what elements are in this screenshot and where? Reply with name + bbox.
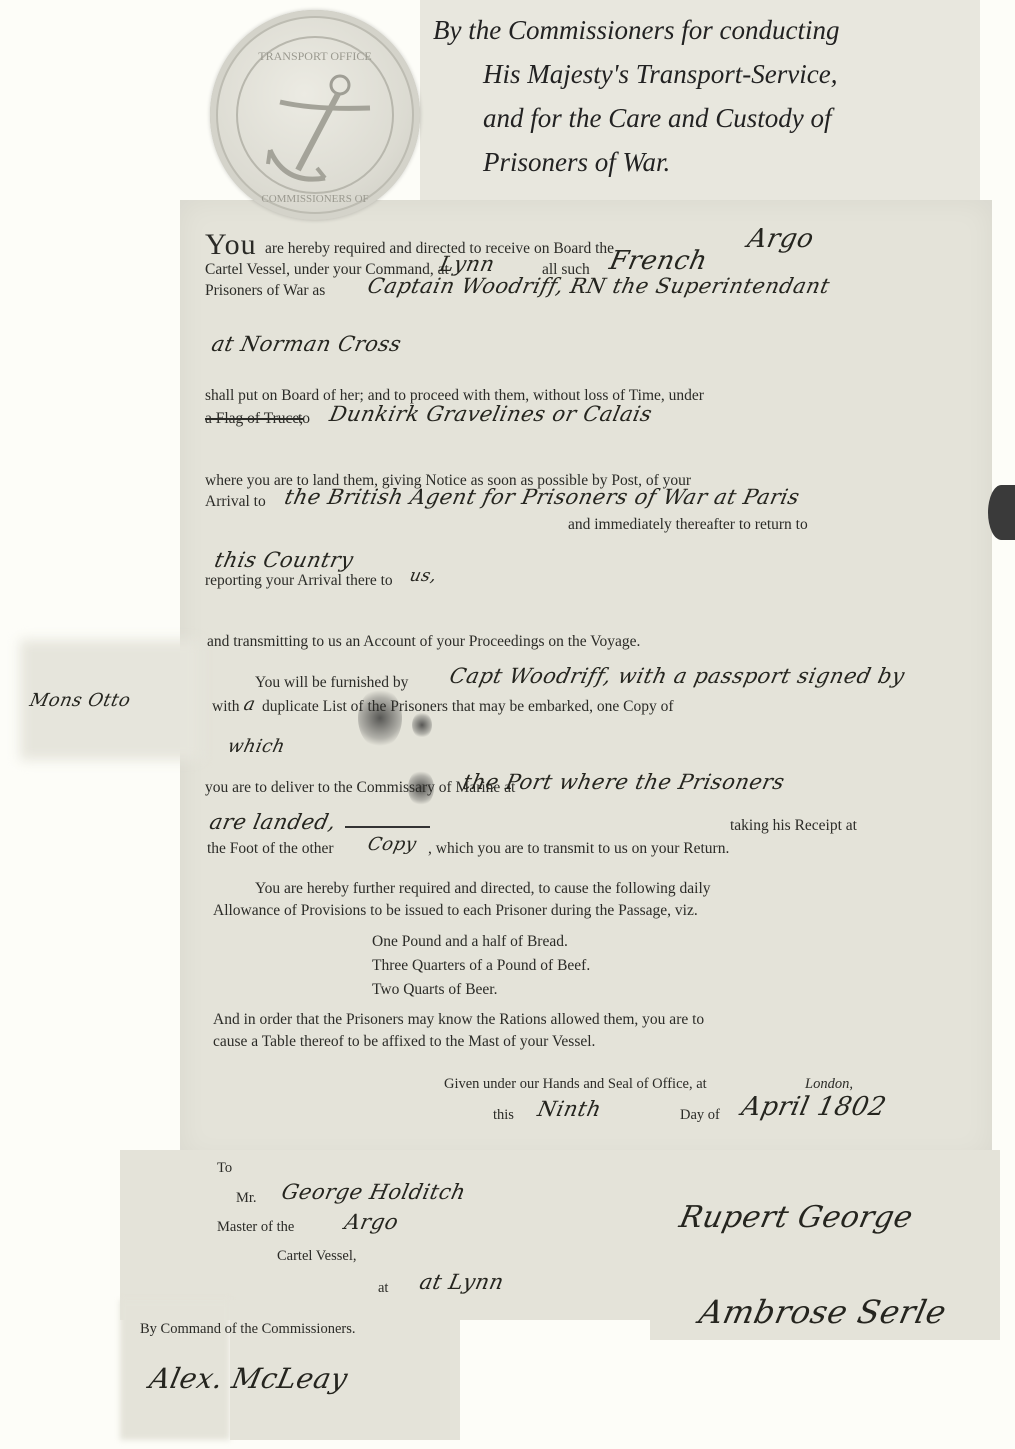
- handwritten-which: which: [226, 736, 287, 757]
- print-text: this: [493, 1107, 514, 1124]
- print-text: reporting your Arrival there to: [205, 572, 393, 590]
- commissioner-signature: Ambrose Serle: [696, 1293, 950, 1331]
- print-text: Prisoners of War as: [205, 282, 325, 300]
- print-text: Day of: [680, 1107, 720, 1124]
- handwritten-location: at Lynn: [417, 1270, 506, 1294]
- handwritten-return: this Country: [212, 548, 355, 572]
- commissioner-signature: Rupert George: [676, 1200, 916, 1235]
- anchor-icon: TRANSPORT OFFICE COMMISSIONERS OF: [210, 10, 420, 220]
- svg-text:TRANSPORT OFFICE: TRANSPORT OFFICE: [258, 49, 371, 63]
- print-text: to: [298, 410, 310, 428]
- edge-stain: [988, 485, 1015, 540]
- print-text: You will be furnished by: [255, 674, 408, 692]
- print-place: London,: [805, 1076, 853, 1093]
- transport-office-seal: TRANSPORT OFFICE COMMISSIONERS OF: [210, 10, 420, 220]
- print-text: duplicate List of the Prisoners that may…: [262, 698, 674, 716]
- handwritten-margin-note: Mons Otto: [28, 690, 133, 711]
- print-text: taking his Receipt at: [730, 817, 857, 835]
- you-initial: You: [205, 228, 257, 262]
- handwritten-reporting: us,: [408, 566, 439, 586]
- print-text: Arrival to: [205, 493, 266, 511]
- ration-item: Two Quarts of Beer.: [372, 981, 497, 999]
- handwritten-port: Lynn: [437, 252, 497, 276]
- print-text: You are hereby further required and dire…: [255, 880, 711, 898]
- struck-print-text: a Flag of Truce,: [205, 410, 303, 428]
- command-label: By Command of the Commissioners.: [140, 1321, 355, 1338]
- ink-stain: [358, 688, 402, 748]
- print-text: Allowance of Provisions to be issued to …: [213, 902, 698, 920]
- print-text: and transmitting to us an Account of you…: [207, 633, 640, 651]
- print-text: the Foot of the other: [207, 840, 334, 858]
- ration-item: Three Quarters of a Pound of Beef.: [372, 957, 590, 975]
- handwritten-date: April 1802: [739, 1092, 889, 1122]
- handwritten-destination: Dunkirk Gravelines or Calais: [327, 402, 654, 426]
- handwritten-agent: the British Agent for Prisoners of War a…: [282, 485, 802, 509]
- print-text: And in order that the Prisoners may know…: [213, 1011, 704, 1029]
- heading-line: and for the Care and Custody of: [433, 96, 903, 140]
- print-text: Mr.: [236, 1190, 257, 1207]
- print-text: , which you are to transmit to us on you…: [428, 840, 729, 858]
- print-text: at: [378, 1280, 388, 1297]
- handwritten-authority: Captain Woodriff, RN the Superintendant: [365, 274, 832, 298]
- handwritten-deliver: the Port where the Prisoners: [460, 770, 786, 794]
- print-to: To: [217, 1160, 232, 1177]
- handwritten-master-name: George Holditch: [279, 1180, 468, 1204]
- secretary-signature: Alex. McLeay: [146, 1362, 350, 1395]
- heading-line: Prisoners of War.: [433, 140, 903, 184]
- handwritten-authority-cont: at Norman Cross: [209, 332, 403, 356]
- svg-text:COMMISSIONERS OF: COMMISSIONERS OF: [261, 193, 368, 205]
- print-text: with: [212, 698, 240, 716]
- handwritten-furnished: Capt Woodriff, with a passport signed by: [447, 664, 907, 688]
- print-text: Master of the: [217, 1219, 294, 1236]
- ration-item: One Pound and a half of Bread.: [372, 933, 568, 951]
- handwritten-dash: [345, 826, 430, 828]
- heading-line: By the Commissioners for conducting: [433, 8, 903, 52]
- print-text: and immediately thereafter to return to: [568, 516, 808, 534]
- handwritten-vessel-name: Argo: [745, 224, 817, 254]
- handwritten-copy: Copy: [366, 834, 419, 855]
- handwritten-day: Ninth: [535, 1097, 603, 1121]
- handwritten-vessel: Argo: [342, 1210, 400, 1234]
- handwritten-landed: are landed,: [207, 810, 338, 834]
- print-text: are hereby required and directed to rece…: [265, 240, 614, 258]
- print-text: Cartel Vessel,: [277, 1248, 356, 1265]
- print-text: Given under our Hands and Seal of Office…: [444, 1076, 707, 1093]
- handwritten-nationality: French: [607, 246, 710, 276]
- document-heading: By the Commissioners for conducting His …: [433, 8, 903, 184]
- print-text: cause a Table thereof to be affixed to t…: [213, 1033, 595, 1051]
- heading-line: His Majesty's Transport-Service,: [433, 52, 903, 96]
